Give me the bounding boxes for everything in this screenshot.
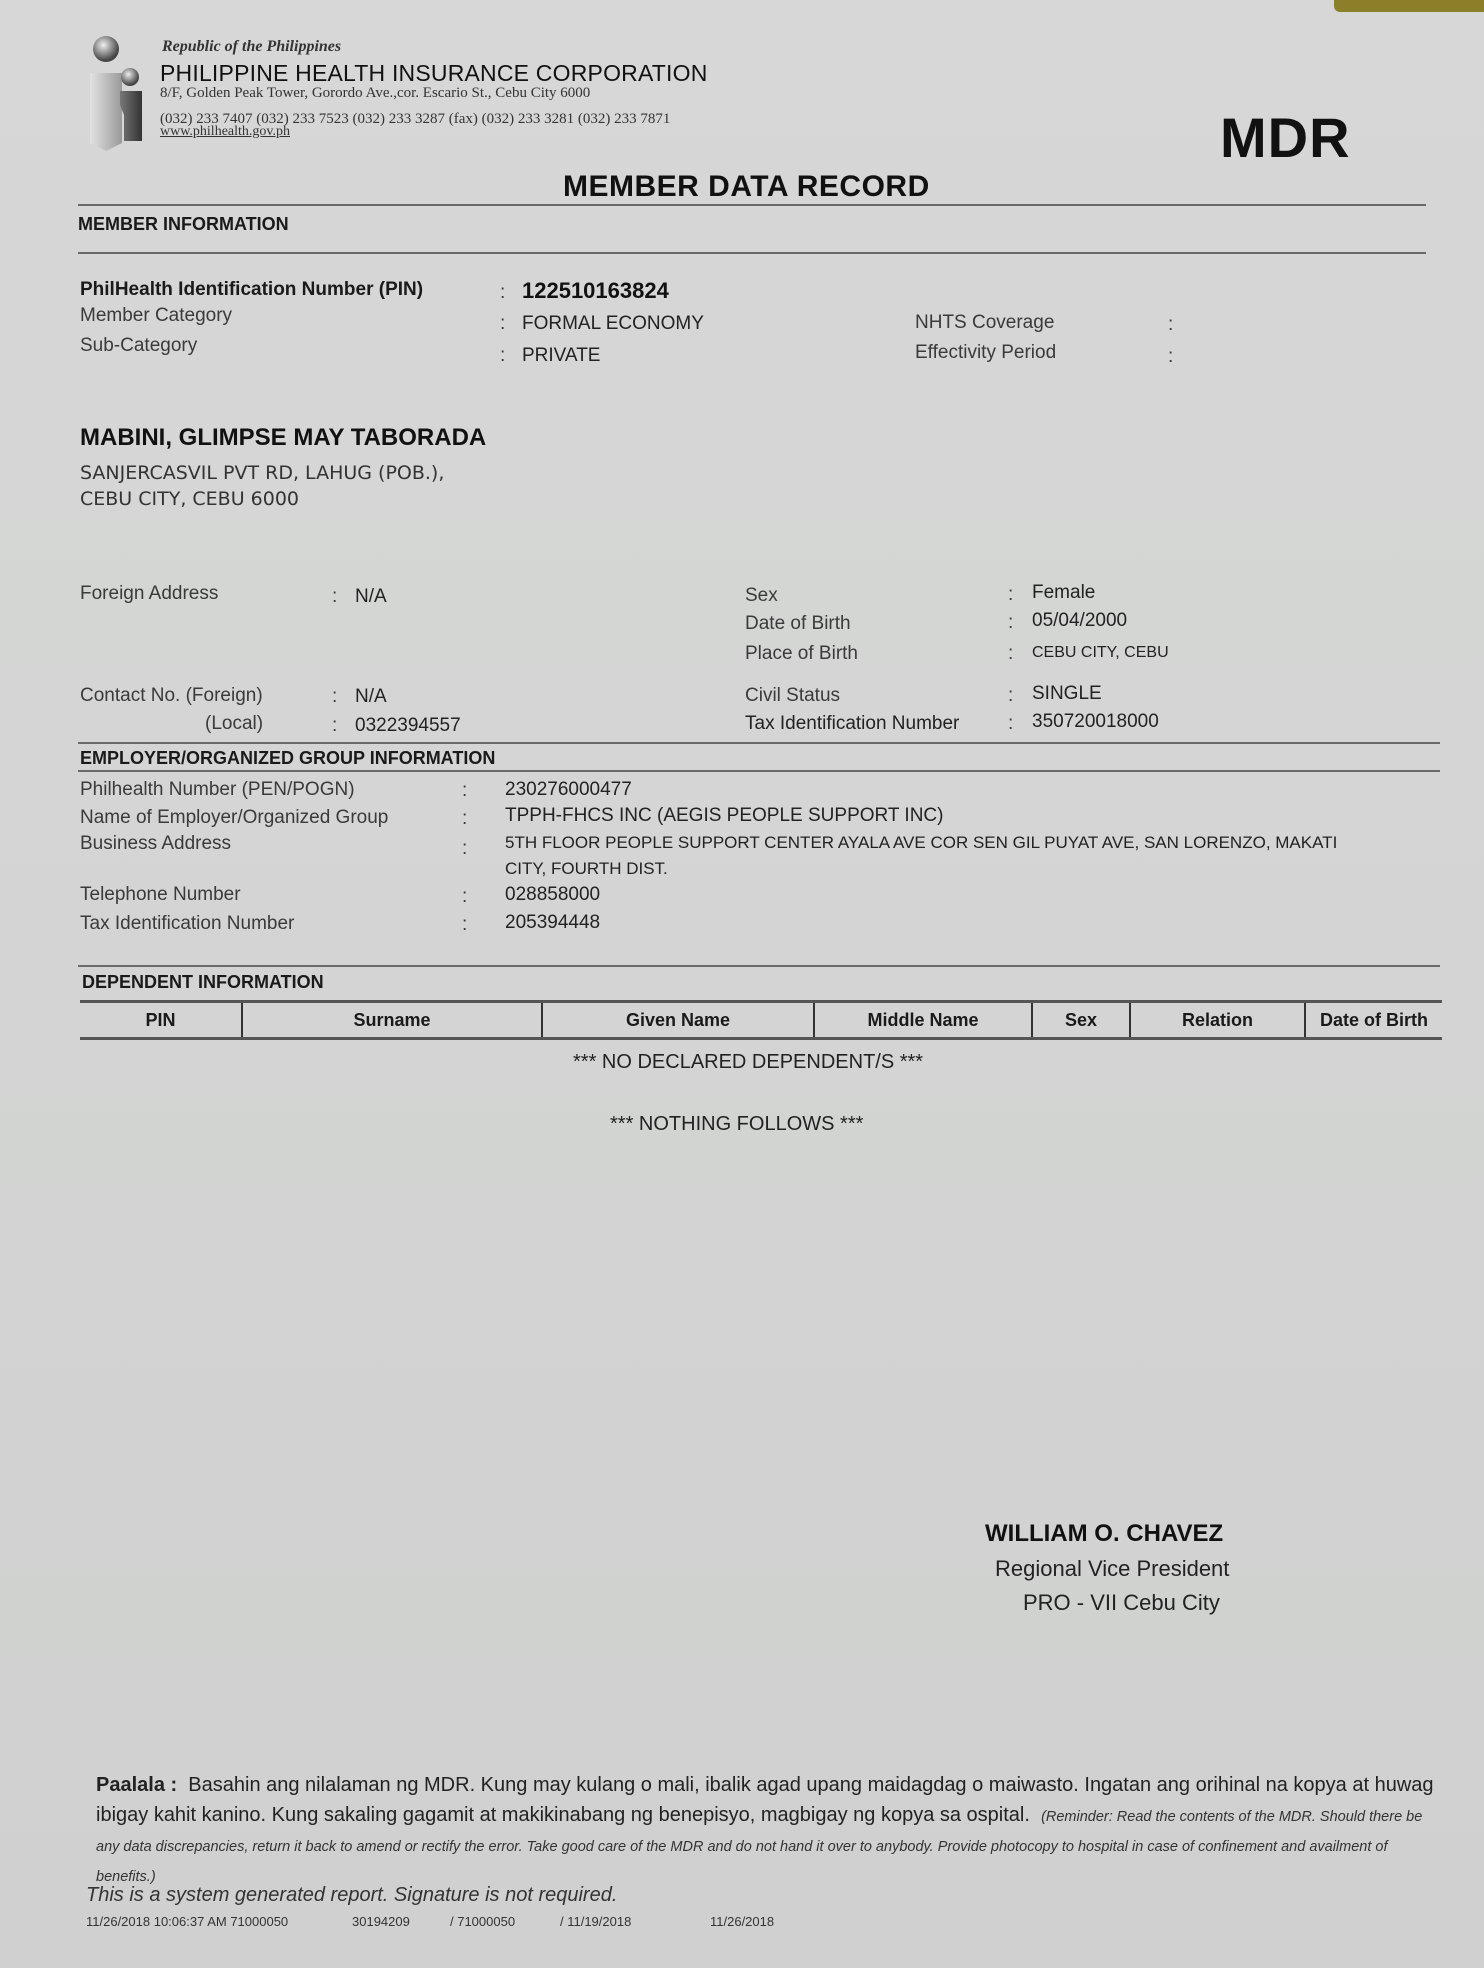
separator: :: [332, 686, 337, 708]
separator: :: [462, 780, 467, 802]
signatory-office: PRO - VII Cebu City: [1023, 1590, 1220, 1616]
pin-value: 122510163824: [522, 278, 669, 304]
separator: :: [462, 808, 467, 830]
separator: :: [1008, 643, 1013, 665]
paalala-label: Paalala :: [96, 1774, 177, 1796]
separator: :: [1168, 346, 1173, 368]
separator: :: [332, 586, 337, 608]
pen-label: Philhealth Number (PEN/POGN): [80, 779, 355, 801]
column-header-middle-name: Middle Name: [815, 1003, 1033, 1037]
pin-label: PhilHealth Identification Number (PIN): [80, 279, 423, 301]
contact-local-value: 0322394557: [355, 715, 461, 737]
separator: :: [500, 345, 505, 367]
member-name: MABINI, GLIMPSE MAY TABORADA: [80, 424, 486, 452]
employer-tin-label: Tax Identification Number: [80, 913, 294, 935]
corporation-address: 8/F, Golden Peak Tower, Gorordo Ave.,cor…: [160, 85, 590, 102]
employer-name-value: TPPH-FHCS INC (AEGIS PEOPLE SUPPORT INC): [505, 805, 943, 827]
separator: :: [500, 282, 505, 304]
sub-category-value: PRIVATE: [522, 345, 600, 367]
separator: :: [1008, 685, 1013, 707]
philhealth-logo-icon: [88, 35, 160, 153]
pen-value: 230276000477: [505, 779, 632, 801]
member-address-line2: CEBU CITY, CEBU 6000: [80, 488, 299, 510]
print-timestamp: 11/26/2018 10:06:37 AM 71000050: [86, 1914, 288, 1929]
divider: [78, 965, 1440, 967]
place-of-birth-value: CEBU CITY, CEBU: [1032, 644, 1169, 662]
member-tin-value: 350720018000: [1032, 711, 1159, 733]
civil-status-label: Civil Status: [745, 685, 840, 707]
divider: [78, 742, 1440, 744]
reminder-note: Paalala : Basahin ang nilalaman ng MDR. …: [96, 1770, 1436, 1890]
employer-name-label: Name of Employer/Organized Group: [80, 807, 388, 829]
republic-label: Republic of the Philippines: [162, 38, 341, 56]
separator: :: [1008, 584, 1013, 606]
civil-status-value: SINGLE: [1032, 683, 1102, 705]
section-dependent-information: DEPENDENT INFORMATION: [82, 972, 324, 993]
employer-tin-value: 205394448: [505, 912, 600, 934]
member-category-value: FORMAL ECONOMY: [522, 313, 704, 335]
reference-number: 30194209: [352, 1914, 410, 1929]
corporation-name: PHILIPPINE HEALTH INSURANCE CORPORATION: [160, 60, 708, 87]
divider: [78, 252, 1426, 254]
date-of-birth-label: Date of Birth: [745, 613, 851, 635]
column-header-pin: PIN: [80, 1003, 243, 1037]
column-header-surname: Surname: [243, 1003, 543, 1037]
mdr-badge: MDR: [1220, 105, 1351, 170]
no-dependents-message: *** NO DECLARED DEPENDENT/S ***: [573, 1051, 923, 1074]
signatory-name: WILLIAM O. CHAVEZ: [985, 1520, 1223, 1548]
business-address-label: Business Address: [80, 833, 231, 855]
separator: :: [462, 838, 467, 860]
separator: :: [1168, 314, 1173, 336]
separator: :: [1008, 713, 1013, 735]
divider: [78, 770, 1440, 772]
section-member-information: MEMBER INFORMATION: [78, 214, 289, 235]
effectivity-period-label: Effectivity Period: [915, 342, 1056, 364]
contact-foreign-label: Contact No. (Foreign): [80, 685, 263, 707]
foreign-address-value: N/A: [355, 586, 387, 608]
background-edge: [1334, 0, 1484, 12]
telephone-value: 028858000: [505, 884, 600, 906]
column-header-date-of-birth: Date of Birth: [1306, 1003, 1442, 1037]
stamp-date-2: 11/26/2018: [710, 1914, 774, 1929]
business-address-line1: 5TH FLOOR PEOPLE SUPPORT CENTER AYALA AV…: [505, 833, 1337, 853]
divider: [78, 204, 1426, 206]
sex-label: Sex: [745, 585, 778, 607]
corporation-website[interactable]: www.philhealth.gov.ph: [160, 124, 290, 140]
foreign-address-label: Foreign Address: [80, 583, 218, 605]
sub-category-label: Sub-Category: [80, 335, 197, 357]
separator: :: [462, 914, 467, 936]
column-header-relation: Relation: [1131, 1003, 1306, 1037]
sex-value: Female: [1032, 582, 1095, 604]
member-category-label: Member Category: [80, 305, 232, 327]
column-header-sex: Sex: [1033, 1003, 1131, 1037]
signatory-position: Regional Vice President: [995, 1556, 1229, 1582]
member-tin-label: Tax Identification Number: [745, 713, 959, 735]
separator: :: [1008, 612, 1013, 634]
date-of-birth-value: 05/04/2000: [1032, 610, 1127, 632]
member-address-line1: SANJERCASVIL PVT RD, LAHUG (POB.),: [80, 462, 444, 484]
document-page: Republic of the Philippines PHILIPPINE H…: [0, 0, 1484, 1968]
place-of-birth-label: Place of Birth: [745, 643, 858, 665]
stamp-date-1: / 11/19/2018: [560, 1914, 631, 1929]
page-title: MEMBER DATA RECORD: [563, 170, 930, 204]
dependents-table-header: PIN Surname Given Name Middle Name Sex R…: [80, 1000, 1442, 1040]
user-id: / 71000050: [450, 1914, 515, 1929]
telephone-label: Telephone Number: [80, 884, 241, 906]
nothing-follows-message: *** NOTHING FOLLOWS ***: [610, 1113, 863, 1136]
separator: :: [332, 715, 337, 737]
section-employer-information: EMPLOYER/ORGANIZED GROUP INFORMATION: [80, 748, 495, 769]
business-address-line2: CITY, FOURTH DIST.: [505, 859, 668, 879]
separator: :: [500, 313, 505, 335]
contact-foreign-value: N/A: [355, 686, 387, 708]
separator: :: [462, 886, 467, 908]
nhts-coverage-label: NHTS Coverage: [915, 312, 1054, 334]
column-header-given-name: Given Name: [543, 1003, 815, 1037]
contact-local-label: (Local): [205, 713, 263, 735]
system-generated-note: This is a system generated report. Signa…: [86, 1884, 617, 1907]
